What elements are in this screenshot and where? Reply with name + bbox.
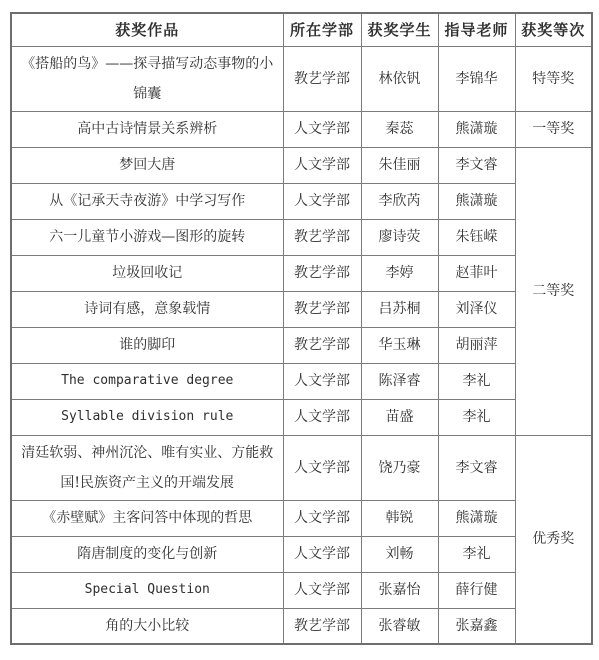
- work-cell: 梦回大唐: [11, 147, 283, 183]
- work-cell: 诗词有感，意象载情: [11, 291, 283, 327]
- student-cell: 廖诗荧: [361, 219, 438, 255]
- department-cell: 人文学部: [283, 147, 361, 183]
- teacher-cell: 熊潇璇: [438, 111, 515, 147]
- column-header-teacher: 指导老师: [438, 13, 515, 46]
- teacher-cell: 熊潇璇: [438, 183, 515, 219]
- work-cell: 角的大小比较: [11, 608, 283, 644]
- table-row: 从《记承天寺夜游》中学习写作 人文学部 李欣芮 熊潇璇: [11, 183, 592, 219]
- department-cell: 教艺学部: [283, 608, 361, 644]
- award-cell: 特等奖: [515, 46, 592, 111]
- work-cell: Syllable division rule: [11, 399, 283, 435]
- student-cell: 陈泽睿: [361, 363, 438, 399]
- table-row: The comparative degree 人文学部 陈泽睿 李礼: [11, 363, 592, 399]
- student-cell: 张嘉怡: [361, 572, 438, 608]
- award-cell: 二等奖: [515, 147, 592, 435]
- student-cell: 韩锐: [361, 500, 438, 536]
- table-row: 角的大小比较 教艺学部 张睿敏 张嘉鑫: [11, 608, 592, 644]
- work-cell: The comparative degree: [11, 363, 283, 399]
- teacher-cell: 李文睿: [438, 435, 515, 500]
- teacher-cell: 李礼: [438, 399, 515, 435]
- teacher-cell: 赵菲叶: [438, 255, 515, 291]
- department-cell: 人文学部: [283, 500, 361, 536]
- teacher-cell: 李礼: [438, 536, 515, 572]
- department-cell: 人文学部: [283, 536, 361, 572]
- column-header-award: 获奖等次: [515, 13, 592, 46]
- table-row: 清廷软弱、神州沉沦、唯有实业、方能救国!民族资产主义的开端发展 人文学部 饶乃豪…: [11, 435, 592, 500]
- table-row: 《赤壁赋》主客问答中体现的哲思 人文学部 韩锐 熊潇璇: [11, 500, 592, 536]
- department-cell: 教艺学部: [283, 219, 361, 255]
- student-cell: 饶乃豪: [361, 435, 438, 500]
- student-cell: 林依钒: [361, 46, 438, 111]
- page: 获奖作品 所在学部 获奖学生 指导老师 获奖等次 《搭船的鸟》——探寻描写动态事…: [0, 0, 599, 660]
- column-header-student: 获奖学生: [361, 13, 438, 46]
- teacher-cell: 薛行健: [438, 572, 515, 608]
- student-cell: 刘畅: [361, 536, 438, 572]
- teacher-cell: 李文睿: [438, 147, 515, 183]
- department-cell: 教艺学部: [283, 255, 361, 291]
- department-cell: 人文学部: [283, 435, 361, 500]
- department-cell: 人文学部: [283, 363, 361, 399]
- table-row: Syllable division rule 人文学部 苗盛 李礼: [11, 399, 592, 435]
- teacher-cell: 张嘉鑫: [438, 608, 515, 644]
- table-row: 谁的脚印 教艺学部 华玉琳 胡丽萍: [11, 327, 592, 363]
- column-header-work: 获奖作品: [11, 13, 283, 46]
- teacher-cell: 李锦华: [438, 46, 515, 111]
- student-cell: 李欣芮: [361, 183, 438, 219]
- department-cell: 人文学部: [283, 111, 361, 147]
- awards-table: 获奖作品 所在学部 获奖学生 指导老师 获奖等次 《搭船的鸟》——探寻描写动态事…: [10, 12, 593, 645]
- award-cell: 一等奖: [515, 111, 592, 147]
- work-cell: 垃圾回收记: [11, 255, 283, 291]
- student-cell: 华玉琳: [361, 327, 438, 363]
- department-cell: 教艺学部: [283, 327, 361, 363]
- department-cell: 人文学部: [283, 399, 361, 435]
- work-cell: 六一儿童节小游戏—图形的旋转: [11, 219, 283, 255]
- department-cell: 人文学部: [283, 183, 361, 219]
- table-row: 垃圾回收记 教艺学部 李婷 赵菲叶: [11, 255, 592, 291]
- table-row: 高中古诗情景关系辨析 人文学部 秦蕊 熊潇璇 一等奖: [11, 111, 592, 147]
- table-row: 诗词有感，意象载情 教艺学部 吕苏桐 刘泽仪: [11, 291, 592, 327]
- column-header-department: 所在学部: [283, 13, 361, 46]
- table-row: 隋唐制度的变化与创新 人文学部 刘畅 李礼: [11, 536, 592, 572]
- table-row: 六一儿童节小游戏—图形的旋转 教艺学部 廖诗荧 朱钰嵘: [11, 219, 592, 255]
- student-cell: 朱佳丽: [361, 147, 438, 183]
- work-cell: 《赤壁赋》主客问答中体现的哲思: [11, 500, 283, 536]
- teacher-cell: 胡丽萍: [438, 327, 515, 363]
- department-cell: 人文学部: [283, 572, 361, 608]
- table-row: Special Question 人文学部 张嘉怡 薛行健: [11, 572, 592, 608]
- work-cell: 隋唐制度的变化与创新: [11, 536, 283, 572]
- table-header-row: 获奖作品 所在学部 获奖学生 指导老师 获奖等次: [11, 13, 592, 46]
- work-cell: 《搭船的鸟》——探寻描写动态事物的小锦囊: [11, 46, 283, 111]
- work-cell: 清廷软弱、神州沉沦、唯有实业、方能救国!民族资产主义的开端发展: [11, 435, 283, 500]
- student-cell: 李婷: [361, 255, 438, 291]
- teacher-cell: 刘泽仪: [438, 291, 515, 327]
- teacher-cell: 李礼: [438, 363, 515, 399]
- student-cell: 张睿敏: [361, 608, 438, 644]
- work-cell: 高中古诗情景关系辨析: [11, 111, 283, 147]
- award-cell: 优秀奖: [515, 435, 592, 644]
- teacher-cell: 朱钰嵘: [438, 219, 515, 255]
- student-cell: 秦蕊: [361, 111, 438, 147]
- department-cell: 教艺学部: [283, 291, 361, 327]
- teacher-cell: 熊潇璇: [438, 500, 515, 536]
- table-row: 梦回大唐 人文学部 朱佳丽 李文睿 二等奖: [11, 147, 592, 183]
- department-cell: 教艺学部: [283, 46, 361, 111]
- student-cell: 吕苏桐: [361, 291, 438, 327]
- table-row: 《搭船的鸟》——探寻描写动态事物的小锦囊 教艺学部 林依钒 李锦华 特等奖: [11, 46, 592, 111]
- work-cell: 谁的脚印: [11, 327, 283, 363]
- work-cell: 从《记承天寺夜游》中学习写作: [11, 183, 283, 219]
- student-cell: 苗盛: [361, 399, 438, 435]
- work-cell: Special Question: [11, 572, 283, 608]
